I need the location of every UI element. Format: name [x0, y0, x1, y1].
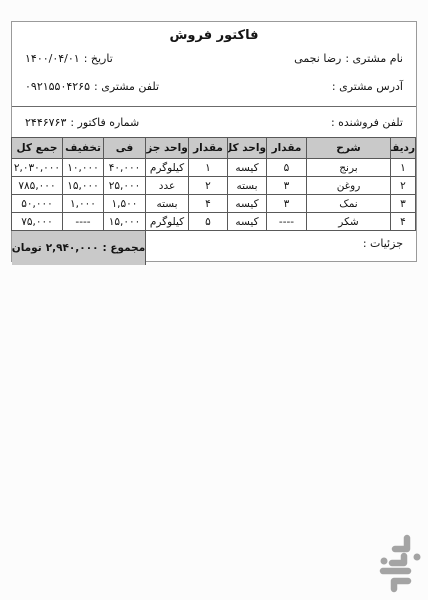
column-header: مقدار	[267, 138, 307, 159]
table-cell: ۱,۰۰۰	[63, 195, 104, 213]
customer-address-field: آدرس مشتری :	[328, 80, 403, 93]
table-cell: بسته	[228, 177, 267, 195]
table-row: ۲روغن۳بسته۲عدد۲۵,۰۰۰۱۵,۰۰۰۷۸۵,۰۰۰	[12, 177, 416, 195]
date-value: ۱۴۰۰/۰۴/۰۱	[25, 52, 80, 65]
invoice-footer: جزئیات : مجموع : ۲,۹۴۰,۰۰۰ تومان	[12, 231, 416, 265]
customer-phone-field: تلفن مشتری : ۰۹۲۱۵۵۰۴۲۶۵	[25, 80, 159, 93]
column-header: تخفیف	[63, 138, 104, 159]
logo-dot-left	[381, 558, 388, 565]
column-header: فی	[104, 138, 146, 159]
table-cell: ۱	[189, 159, 228, 177]
total-box: مجموع : ۲,۹۴۰,۰۰۰ تومان	[12, 231, 146, 265]
items-table: ردیفشرحمقدارواحد کلمقدارواحد جزفیتخفیفجم…	[11, 137, 416, 231]
column-header: جمع کل	[12, 138, 63, 159]
app-screenshot-page: { "title": "فاکتور فروش", "info": { "cus…	[0, 0, 428, 600]
info-row-2: آدرس مشتری : تلفن مشتری : ۰۹۲۱۵۵۰۴۲۶۵	[12, 80, 416, 93]
table-cell: شکر	[307, 213, 391, 231]
table-row: ۳نمک۳کیسه۴بسته۱,۵۰۰۱,۰۰۰۵۰,۰۰۰	[12, 195, 416, 213]
table-cell: ۷۵,۰۰۰	[12, 213, 63, 231]
table-cell: کیسه	[228, 195, 267, 213]
table-cell: نمک	[307, 195, 391, 213]
table-cell: ۱۵,۰۰۰	[63, 177, 104, 195]
table-cell: ۱۵,۰۰۰	[104, 213, 146, 231]
customer-name-value: رضا نجمی	[294, 52, 341, 65]
column-header: مقدار	[189, 138, 228, 159]
info-row-3: تلفن فروشنده : شماره فاکتور : ۲۴۴۶۷۶۳	[12, 116, 416, 129]
total-label: مجموع :	[103, 242, 146, 254]
items-table-header: ردیفشرحمقدارواحد کلمقدارواحد جزفیتخفیفجم…	[12, 138, 416, 159]
table-cell: ۱۰,۰۰۰	[63, 159, 104, 177]
table-cell: ----	[267, 213, 307, 231]
header-row: ردیفشرحمقدارواحد کلمقدارواحد جزفیتخفیفجم…	[12, 138, 416, 159]
logo-dot-right	[414, 554, 421, 561]
invoice-number-field: شماره فاکتور : ۲۴۴۶۷۶۳	[25, 116, 139, 129]
invoice-card: فاکتور فروش نام مشتری : رضا نجمی تاریخ :…	[11, 21, 417, 262]
customer-phone-value: ۰۹۲۱۵۵۰۴۲۶۵	[25, 80, 90, 93]
brand-logo-icon	[373, 528, 425, 596]
table-cell: بسته	[146, 195, 189, 213]
customer-name-field: نام مشتری : رضا نجمی	[294, 52, 403, 65]
customer-phone-label: تلفن مشتری :	[94, 80, 159, 93]
total-currency: تومان	[12, 242, 42, 254]
table-cell: روغن	[307, 177, 391, 195]
table-cell: ۲	[391, 177, 416, 195]
table-cell: عدد	[146, 177, 189, 195]
items-table-body: ۱برنج۵کیسه۱کیلوگرم۴۰,۰۰۰۱۰,۰۰۰۲,۰۳۰,۰۰۰۲…	[12, 159, 416, 231]
table-cell: ۳	[391, 195, 416, 213]
table-cell: ۱,۵۰۰	[104, 195, 146, 213]
table-cell: ۴	[391, 213, 416, 231]
table-cell: ۵	[189, 213, 228, 231]
table-cell: ۴۰,۰۰۰	[104, 159, 146, 177]
table-cell: ۲,۰۳۰,۰۰۰	[12, 159, 63, 177]
column-header: واحد جز	[146, 138, 189, 159]
table-row: ۴شکر----کیسه۵کیلوگرم۱۵,۰۰۰----۷۵,۰۰۰	[12, 213, 416, 231]
date-label: تاریخ :	[84, 52, 113, 65]
table-cell: کیسه	[228, 159, 267, 177]
table-cell: ۲	[189, 177, 228, 195]
logo-elbow-bottom	[394, 581, 408, 589]
seller-phone-label: تلفن فروشنده :	[331, 116, 403, 129]
section-divider	[12, 106, 416, 107]
table-cell: کیلوگرم	[146, 159, 189, 177]
details-label: جزئیات :	[363, 231, 416, 265]
table-cell: ۳	[267, 177, 307, 195]
invoice-title: فاکتور فروش	[12, 28, 416, 43]
invoice-number-label: شماره فاکتور :	[70, 116, 139, 129]
seller-phone-field: تلفن فروشنده :	[327, 116, 403, 129]
logo-elbow-mid	[392, 556, 404, 563]
table-cell: کیسه	[228, 213, 267, 231]
table-cell: ۴	[189, 195, 228, 213]
table-cell: کیلوگرم	[146, 213, 189, 231]
table-cell: ----	[63, 213, 104, 231]
table-cell: ۷۸۵,۰۰۰	[12, 177, 63, 195]
info-row-1: نام مشتری : رضا نجمی تاریخ : ۱۴۰۰/۰۴/۰۱	[12, 52, 416, 65]
table-cell: ۲۵,۰۰۰	[104, 177, 146, 195]
total-amount: ۲,۹۴۰,۰۰۰	[46, 242, 99, 254]
table-cell: برنج	[307, 159, 391, 177]
table-row: ۱برنج۵کیسه۱کیلوگرم۴۰,۰۰۰۱۰,۰۰۰۲,۰۳۰,۰۰۰	[12, 159, 416, 177]
column-header: شرح	[307, 138, 391, 159]
column-header: ردیف	[391, 138, 416, 159]
column-header: واحد کل	[228, 138, 267, 159]
table-cell: ۳	[267, 195, 307, 213]
table-cell: ۵	[267, 159, 307, 177]
logo-elbow-top	[395, 538, 407, 549]
invoice-number-value: ۲۴۴۶۷۶۳	[25, 116, 66, 129]
table-cell: ۱	[391, 159, 416, 177]
date-field: تاریخ : ۱۴۰۰/۰۴/۰۱	[25, 52, 113, 65]
customer-address-label: آدرس مشتری :	[332, 80, 403, 93]
table-cell: ۵۰,۰۰۰	[12, 195, 63, 213]
customer-name-label: نام مشتری :	[345, 52, 403, 65]
